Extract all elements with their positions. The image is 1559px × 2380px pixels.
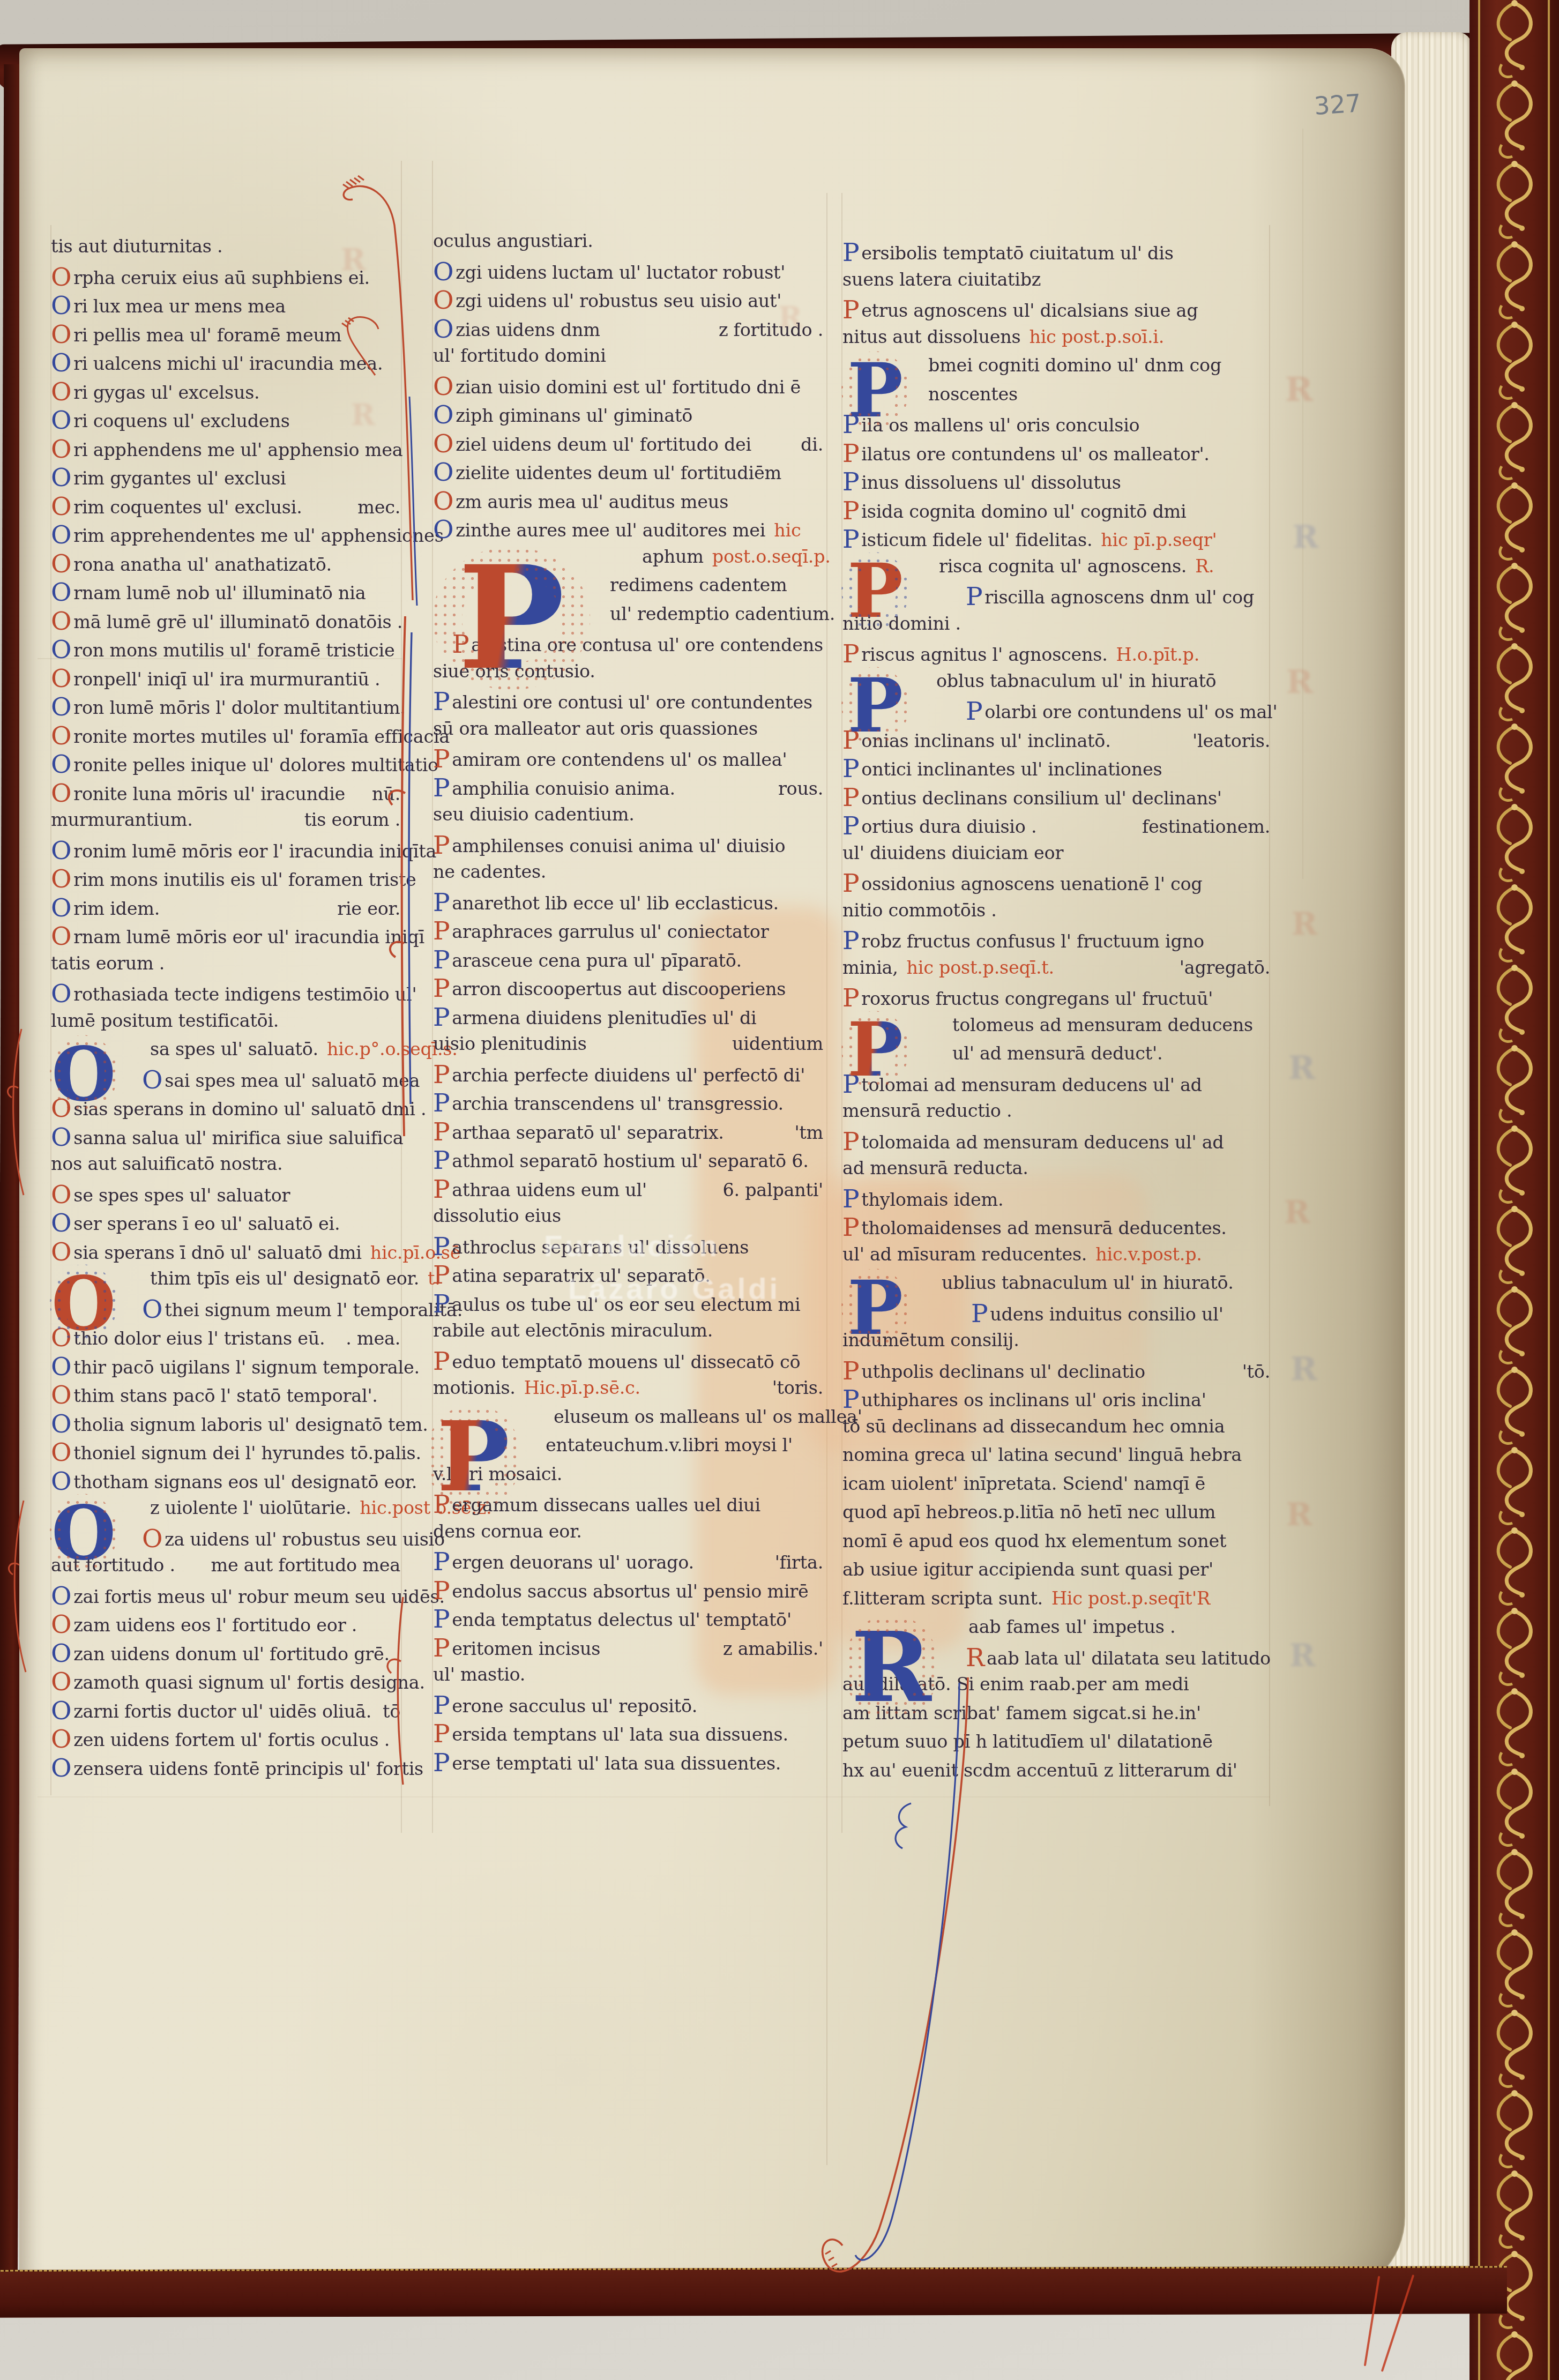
line-initial: P xyxy=(433,1723,450,1745)
text-line: Perse temptati ul' lata sua dissuentes. xyxy=(433,1750,823,1779)
line-text: amphilenses conuisi anima ul' diuisio xyxy=(452,835,785,856)
text-line: Ori gygas ul' excelsus. xyxy=(51,379,400,408)
line-text: nos aut saluificatō nostra. xyxy=(51,1153,282,1174)
text-line: nomina greca ul' latina secund' linguā h… xyxy=(842,1444,1270,1473)
line-text: hx au' euenit scdm accentuū z litterarum… xyxy=(842,1760,1237,1781)
line-end-fragment: uidentium xyxy=(732,1033,823,1054)
text-line: rabile aut electōnis miraculum. xyxy=(433,1320,823,1349)
text-line: Ozm auris mea ul' auditus meus xyxy=(433,489,823,518)
line-initial: O xyxy=(51,1643,71,1665)
line-initial: P xyxy=(433,1236,450,1258)
line-initial: O xyxy=(51,1413,71,1436)
line-initial: P xyxy=(842,1188,859,1211)
text-line: Pamiram ore contendens ul' os mallea' xyxy=(433,747,823,775)
line-text: ontius declinans consilium ul' declinans… xyxy=(861,788,1221,809)
text-line: Ptholomaidenses ad mensurā deducentes. xyxy=(842,1215,1270,1244)
decorated-initial-P: P xyxy=(835,344,915,436)
bleed-through-letter: R xyxy=(1293,519,1318,555)
text-line: Pendolus saccus absortus ul' pensio mirē xyxy=(433,1578,823,1607)
line-text: rim idem. xyxy=(73,898,160,919)
line-initial: O xyxy=(51,753,71,776)
line-text: eduo temptatō mouens ul' dissecatō cō xyxy=(452,1352,800,1372)
line-initial: O xyxy=(433,318,453,341)
line-initial: O xyxy=(51,668,71,690)
line-initial: P xyxy=(433,1293,450,1316)
line-text: za uidens ul' robustus seu uisio xyxy=(165,1529,445,1550)
line-text: noscentes xyxy=(928,384,1018,405)
text-line: Ornam lumē mōris eor ul' iracundia iniqī xyxy=(51,924,400,953)
bleed-through-letter: R xyxy=(1291,1351,1317,1388)
line-text: nomina greca ul' latina secund' linguā h… xyxy=(842,1444,1242,1465)
text-line: Othoniel signum dei l' hyrundes tō.palis… xyxy=(51,1440,400,1469)
text-line: risca cognita ul' agnoscens.R. xyxy=(842,556,1367,585)
line-initial: P xyxy=(842,242,859,264)
line-text: ziph giminans ul' giminatō xyxy=(456,405,692,426)
text-line: Ozai fortis meus ul' robur meum seu uidē… xyxy=(51,1584,400,1613)
line-initial: O xyxy=(142,1528,162,1550)
text-line: mensurā reductio . xyxy=(842,1100,1270,1129)
line-end-fragment: 'agregatō. xyxy=(1180,957,1270,978)
line-text: ron lumē mōris l' dolor multitantium. xyxy=(73,697,405,718)
text-line: Orothasiada tecte indigens testimōio ul' xyxy=(51,981,400,1010)
line-text: ilatus ore contundens ul' os malleator'. xyxy=(861,444,1209,465)
line-initial: P xyxy=(433,1695,450,1717)
line-initial: P xyxy=(842,930,859,952)
line-initial: R xyxy=(966,1647,984,1669)
text-line: Ozam uidens eos l' fortitudo eor . xyxy=(51,1612,400,1641)
text-line: nitio commotōis . xyxy=(842,900,1270,929)
line-text: rim apprehendentes me ul' apphensiones xyxy=(73,525,443,546)
line-end-fragment: nū. xyxy=(372,784,400,804)
line-text: ziel uidens deum ul' fortitudo dei xyxy=(456,434,751,455)
line-text: bmei cogniti domino ul' dnm cog xyxy=(928,355,1221,376)
line-end-fragment: rous. xyxy=(778,778,823,799)
text-line: Parchia perfecte diuidens ul' perfectō d… xyxy=(433,1062,823,1091)
line-text: sias sperans in domino ul' saluatō dmi . xyxy=(73,1099,426,1120)
rubric: hic post.p.soī.i. xyxy=(1029,326,1164,347)
rubric: hic pī.p.seqr' xyxy=(1101,529,1217,550)
line-text: thim stans pacō l' statō temporal'. xyxy=(73,1385,377,1406)
line-initial: O xyxy=(51,983,71,1005)
line-initial: O xyxy=(51,1384,71,1407)
text-line: Otholia signum laboris ul' designatō tem… xyxy=(51,1412,400,1441)
text-line: uisio plenitudinisuidentium xyxy=(433,1033,823,1062)
line-initial: P xyxy=(433,748,450,771)
line-text: rim mons inutilis eis ul' foramen triste xyxy=(73,869,416,890)
text-line: Oronpell' iniqī ul' ira murmurantiū . xyxy=(51,666,400,695)
book-cover-bottom-edge xyxy=(0,2266,1507,2317)
line-initial: P xyxy=(433,777,450,800)
text-line: Pamphilia conuisio anima.rous. xyxy=(433,775,823,804)
line-initial: O xyxy=(51,1356,71,1378)
text-line: minia,hic post.p.seqī.t.'agregatō. xyxy=(842,957,1270,986)
line-text: arthaa separatō ul' separatrix. xyxy=(452,1122,723,1143)
line-initial: O xyxy=(51,1585,71,1608)
text-column-middle: oculus angustiari.Ozgi uidens luctam ul'… xyxy=(433,230,823,1800)
line-text: zgi uidens luctam ul' luctator robust' xyxy=(456,262,785,283)
line-text: tō sū declinans ad dissecandum hec omnia xyxy=(842,1416,1225,1437)
line-text: zias uidens dnm xyxy=(456,319,600,340)
line-text: udens induitus consilio ul' xyxy=(990,1304,1223,1325)
text-line: ublius tabnaculum ul' in hiuratō. xyxy=(842,1272,1369,1301)
line-text: ul' fortitudo domini xyxy=(433,345,606,366)
line-initial: O xyxy=(51,1126,71,1149)
line-text: tholomaidenses ad mensurā deducentes. xyxy=(861,1218,1226,1239)
line-text: athraa uidens eum ul' xyxy=(452,1180,647,1200)
line-text: dens cornua eor. xyxy=(433,1521,582,1542)
text-line: Ozensera uidens fontē principis ul' fort… xyxy=(51,1756,400,1785)
line-text: sū ora malleator aut oris quassiones xyxy=(433,718,758,739)
text-line: Polarbi ore contundens ul' os mal' xyxy=(842,699,1393,728)
text-line: Panarethot lib ecce ul' lib ecclasticus. xyxy=(433,890,823,919)
text-line: Persida temptans ul' lata sua dissuens. xyxy=(433,1721,823,1750)
text-line: Oronim lumē mōris eor l' iracundia iniqī… xyxy=(51,838,400,867)
line-text: uthpolis declinans ul' declinatio xyxy=(861,1361,1145,1382)
text-line: ul' mastio. xyxy=(433,1664,823,1693)
text-line: tis aut diuturnitas . xyxy=(51,236,400,265)
line-initial: O xyxy=(51,352,71,375)
line-text: dissolutio eius xyxy=(433,1205,561,1226)
line-text: enda temptatus delectus ul' temptatō' xyxy=(452,1609,792,1630)
text-line: Orim coquentes ul' exclusi.mec. xyxy=(51,494,400,523)
line-text: ad mensurā reducta. xyxy=(842,1158,1028,1178)
line-initial: P xyxy=(433,1580,450,1602)
line-text: ri pellis mea ul' foramē meum xyxy=(73,325,341,346)
line-text: ri ualcens michi ul' iracundia mea. xyxy=(73,353,383,374)
line-text: erone sacculus ul' repositō. xyxy=(452,1696,697,1717)
line-initial: P xyxy=(842,872,859,895)
line-end-fragment: palis. xyxy=(374,1443,421,1464)
line-text: arasceue cena pura ul' pīparatō. xyxy=(452,950,742,971)
line-text: ul' diuidens diuiciam eor xyxy=(842,842,1063,863)
line-end-fragment: z amabilis.' xyxy=(723,1638,823,1659)
line-text: zgi uidens ul' robustus seu uisio aut' xyxy=(456,290,781,311)
line-initial: P xyxy=(433,1551,450,1573)
line-initial: O xyxy=(51,1184,71,1206)
line-initial: P xyxy=(842,787,859,809)
line-initial: O xyxy=(433,261,453,283)
text-line: Orim apprehendentes me ul' apphensiones xyxy=(51,523,400,551)
line-initial: P xyxy=(433,1064,450,1086)
text-line: Othim stans pacō l' statō temporal'. xyxy=(51,1383,400,1412)
line-text: mensurā reductio . xyxy=(842,1100,1012,1121)
text-line: Ori ualcens michi ul' iracundia mea. xyxy=(51,350,400,379)
line-text: ri apphendens me ul' apphensio mea xyxy=(73,439,402,460)
text-line: Pinus dissoluens ul' dissolutus xyxy=(842,469,1270,498)
line-text: inus dissoluens ul' dissolutus xyxy=(861,472,1121,493)
line-text: tis aut diuturnitas . xyxy=(51,236,222,257)
line-text: ublius tabnaculum ul' in hiuratō. xyxy=(942,1272,1234,1293)
line-text: oculus angustiari. xyxy=(433,230,593,251)
line-end-fragment: tō xyxy=(383,1701,400,1722)
line-text: endolus saccus absortus ul' pensio mirē xyxy=(452,1581,808,1602)
text-line: murmurantium.tis eorum . xyxy=(51,809,400,838)
line-initial: O xyxy=(51,1212,71,1235)
text-line: Parthaa separatō ul' separatrix.'tm xyxy=(433,1120,823,1148)
text-line: Pathmol separatō hostium ul' separatō 6. xyxy=(433,1148,823,1177)
text-line: Parmena diuidens plenitudīes ul' di xyxy=(433,1005,823,1034)
text-line: Oronite mortes mutiles ul' foramīa effic… xyxy=(51,723,400,752)
line-initial: P xyxy=(433,1351,450,1373)
line-end-fragment: me aut fortitudo mea xyxy=(211,1555,400,1576)
line-initial: O xyxy=(51,725,71,748)
text-line: Pontius declinans consilium ul' declinan… xyxy=(842,785,1270,814)
line-initial: O xyxy=(433,289,453,312)
line-text: zm auris mea ul' auditus meus xyxy=(456,491,728,512)
line-end-fragment: festinationem. xyxy=(1142,816,1270,837)
text-line: Ozias uidens dnmz fortitudo . xyxy=(433,317,823,346)
text-line: Ornam lumē nob ul' illuminatō nia xyxy=(51,580,400,609)
line-text: rim gygantes ul' exclusi xyxy=(73,468,286,489)
line-end-fragment: di. xyxy=(801,434,823,455)
line-initial: P xyxy=(966,586,982,608)
text-line: Pudens induitus consilio ul' xyxy=(842,1301,1399,1330)
text-line: Orim gygantes ul' exclusi xyxy=(51,465,400,494)
line-text: zai fortis meus ul' robur meum seu uidēs… xyxy=(73,1586,445,1607)
line-initial: P xyxy=(842,299,859,322)
line-text: seu diuisio cadentium. xyxy=(433,804,635,825)
line-text: murmurantium. xyxy=(51,809,193,830)
text-line: Orona anatha ul' anathatizatō. xyxy=(51,551,400,580)
line-text: ne cadentes. xyxy=(433,861,546,882)
text-line: Ozgi uidens luctam ul' luctator robust' xyxy=(433,259,823,288)
text-line: Penda temptatus delectus ul' temptatō' xyxy=(433,1607,823,1636)
line-end-fragment: 'tm xyxy=(794,1122,823,1143)
text-line: Pilatus ore contundens ul' os malleator'… xyxy=(842,441,1270,470)
text-line: Ozan uidens donum ul' fortitudo grē. xyxy=(51,1641,400,1670)
line-initial: O xyxy=(433,461,453,484)
line-initial: O xyxy=(51,1671,71,1693)
rubric: hic post.p.seqī.t. xyxy=(907,957,1054,978)
decorated-initial-O: O xyxy=(43,1257,124,1349)
rubric: hic xyxy=(774,520,801,541)
text-line: Oron lumē mōris l' dolor multitantium. xyxy=(51,695,400,723)
line-initial: O xyxy=(51,1614,71,1636)
line-text: rona anatha ul' anathatizatō. xyxy=(73,554,332,575)
line-text: sai spes mea ul' saluatō mea xyxy=(165,1070,420,1091)
line-initial: O xyxy=(51,381,71,404)
text-line: ul' diuidens diuiciam eor xyxy=(842,842,1270,871)
rubric: R. xyxy=(1195,556,1214,577)
line-text: zensera uidens fontē principis ul' forti… xyxy=(73,1758,423,1779)
line-text: rnam lumē nob ul' illuminatō nia xyxy=(73,583,365,603)
text-line: tolomeus ad mensuram deducens xyxy=(842,1014,1380,1043)
line-end-fragment: 'leatoris. xyxy=(1192,730,1270,751)
text-line: hx au' euenit scdm accentuū z litterarum… xyxy=(842,1760,1270,1789)
line-initial: P xyxy=(433,1178,450,1201)
text-column-left: tis aut diuturnitas .Orpha ceruix eius a… xyxy=(51,236,400,1805)
text-line: Perone sacculus ul' repositō. xyxy=(433,1693,823,1722)
line-initial: P xyxy=(433,1006,450,1029)
decorated-initial-O: O xyxy=(43,1028,124,1120)
decorated-initial-P: P xyxy=(835,1004,915,1096)
line-text: nitio commotōis . xyxy=(842,900,997,921)
bleed-through-letter: R xyxy=(1286,1496,1312,1533)
line-end-fragment: 'tō. xyxy=(1242,1361,1270,1382)
line-text: risca cognita ul' agnoscens. xyxy=(939,556,1187,577)
text-line: dens cornua eor. xyxy=(433,1521,823,1550)
line-text: petum suuo pī h latitudīem ul' dilatatio… xyxy=(842,1731,1213,1752)
text-line: Pthylomais idem. xyxy=(842,1187,1270,1215)
line-text: aab fames ul' impetus . xyxy=(968,1616,1175,1637)
text-line: Oronite luna mōris ul' iracundienū. xyxy=(51,781,400,810)
line-text: zamoth quasi signum ul' fortis designa. xyxy=(73,1672,425,1693)
line-text: zarni fortis ductor ul' uidēs oliuā. xyxy=(73,1701,371,1722)
line-text: uthiphares os inclinans ul' oris inclina… xyxy=(861,1390,1206,1411)
text-line: Puthiphares os inclinans ul' oris inclin… xyxy=(842,1387,1270,1416)
bleed-through-letter: R xyxy=(1284,1194,1310,1230)
line-text: thotham signans eos ul' designatō eor. xyxy=(73,1472,417,1493)
line-text: archia transcendens ul' transgressio. xyxy=(452,1093,784,1114)
line-initial: O xyxy=(51,1442,71,1464)
text-line: tō sū declinans ad dissecandum hec omnia xyxy=(842,1416,1270,1445)
bleed-through-letter: R xyxy=(1292,906,1317,942)
line-initial: P xyxy=(842,1217,859,1239)
line-initial: P xyxy=(433,892,450,914)
line-text: eritomen incisus xyxy=(452,1638,600,1659)
line-text: ab usiue igitur accipienda sunt quasi pe… xyxy=(842,1559,1213,1580)
line-initial: P xyxy=(842,471,859,494)
line-text: amphilia conuisio anima. xyxy=(452,778,675,799)
line-initial: O xyxy=(51,840,71,862)
text-line: icam uiolent' inīpretata. Sciend' namqī … xyxy=(842,1473,1270,1502)
text-line: Ori coquens ul' excludens xyxy=(51,408,400,437)
line-text: quod apī hebreos.p.litīa nō hetī nec ull… xyxy=(842,1502,1215,1523)
line-initial: O xyxy=(433,404,453,427)
text-line: ad mensurā reducta. xyxy=(842,1158,1270,1187)
text-line: Parchia transcendens ul' transgressio. xyxy=(433,1091,823,1120)
line-text: ronite luna mōris ul' iracundie xyxy=(73,784,345,804)
text-line: Portius dura diuisio .festinationem. xyxy=(842,814,1270,842)
decorated-initial-P: P xyxy=(835,1262,915,1354)
line-text: etrus agnoscens ul' dicalsians siue ag xyxy=(861,300,1198,321)
line-text: eluseum os malleans ul' os mallea' xyxy=(554,1406,862,1427)
line-text: thei signum meum l' temporalitā. xyxy=(165,1300,463,1320)
line-initial: P xyxy=(842,1131,859,1153)
line-text: archia perfecte diuidens ul' perfectō di… xyxy=(452,1065,805,1086)
text-line: noscentes xyxy=(842,384,1356,413)
text-line: Peduo temptatō mouens ul' dissecatō cō xyxy=(433,1349,823,1378)
text-line: nos aut saluificatō nostra. xyxy=(51,1153,400,1182)
text-line: Osanna salua ul' mirifica siue saluifica xyxy=(51,1125,400,1154)
line-initial: P xyxy=(433,1092,450,1115)
line-text: ron mons mutilis ul' foramē tristicie xyxy=(73,640,394,661)
line-text: ronite pelles inique ul' dolores multita… xyxy=(73,755,438,775)
line-text: zen uidens fortem ul' fortis oculus . xyxy=(73,1729,390,1750)
line-text: redimens cadentem xyxy=(610,575,787,595)
line-text: rothasiada tecte indigens testimōio ul' xyxy=(73,984,416,1005)
line-text: tholia signum laboris ul' designatō tem. xyxy=(73,1414,428,1435)
text-column-right: Persibolis temptatō ciuitatum ul' dissue… xyxy=(842,240,1270,1810)
line-text: ronim lumē mōris eor l' iracundia iniqīt… xyxy=(73,841,436,862)
line-initial: P xyxy=(433,1264,450,1287)
line-initial: P xyxy=(433,1150,450,1172)
collection-watermark-line1: Fundación xyxy=(544,1228,720,1263)
text-line: seu diuisio cadentium. xyxy=(433,804,823,833)
text-line: Oron mons mutilis ul' foramē tristicie xyxy=(51,637,400,666)
line-initial: O xyxy=(51,782,71,805)
line-text: thim tpīs eis ul' designatō eor. xyxy=(150,1268,419,1289)
line-text: entateuchum.v.libri moysi l' xyxy=(546,1435,793,1456)
line-end-fragment: 'toris. xyxy=(772,1377,823,1398)
line-initial: O xyxy=(51,581,71,604)
line-text: aphum xyxy=(642,546,704,567)
line-text: zan uidens donum ul' fortitudo grē. xyxy=(73,1644,390,1665)
line-initial: O xyxy=(51,524,71,547)
line-text: rabile aut electōnis miraculum. xyxy=(433,1320,713,1341)
text-line: Oziph giminans ul' giminatō xyxy=(433,402,823,431)
line-initial: O xyxy=(142,1299,162,1321)
decorated-initial-P: P xyxy=(835,660,915,752)
line-text: rim coquentes ul' exclusi. xyxy=(73,497,302,518)
rubric: Hic post.p.seqīt'R xyxy=(1051,1588,1210,1609)
text-line: ul' ad mensurā deduct'. xyxy=(842,1043,1380,1072)
line-text: nomī ē apud eos quod hx elementum sonet xyxy=(842,1531,1226,1551)
text-line: Ose spes spes ul' saluator xyxy=(51,1182,400,1211)
line-text: ersida temptans ul' lata sua dissuens. xyxy=(452,1724,788,1745)
line-text: icam uiolent' inīpretata. Sciend' namqī … xyxy=(842,1473,1205,1494)
line-initial: O xyxy=(51,496,71,518)
line-initial: O xyxy=(51,897,71,920)
line-text: aab lata ul' dilatata seu latitudo xyxy=(987,1648,1271,1669)
line-end-fragment: z fortitudo . xyxy=(719,319,823,340)
text-line: Probz fructus confusus l' fructuum igno xyxy=(842,928,1270,957)
text-line: Ozgi uidens ul' robustus seu uisio aut' xyxy=(433,288,823,317)
line-initial: O xyxy=(51,409,71,432)
line-text: ronite mortes mutiles ul' foramīa effica… xyxy=(73,726,450,747)
text-line: petum suuo pī h latitudīem ul' dilatatio… xyxy=(842,1731,1270,1760)
text-line: Ori lux mea ur mens mea xyxy=(51,293,400,322)
line-end-fragment: mec. xyxy=(357,497,400,518)
line-text: anarethot lib ecce ul' lib ecclasticus. xyxy=(452,893,779,914)
line-initial: P xyxy=(971,1303,988,1325)
text-line: Peritomen incisusz amabilis.' xyxy=(433,1636,823,1665)
line-text: olarbi ore contundens ul' os mal' xyxy=(984,702,1277,722)
line-initial: O xyxy=(433,490,453,513)
line-initial: O xyxy=(51,438,71,461)
text-line: Orim mons inutilis eis ul' foramen trist… xyxy=(51,867,400,896)
line-initial: O xyxy=(51,467,71,489)
line-end-fragment: 6. palpanti' xyxy=(722,1180,823,1200)
line-initial: O xyxy=(51,1757,71,1780)
line-text: ergen deuorans ul' uorago. xyxy=(452,1552,694,1573)
text-line: Puthpolis declinans ul' declinatio'tō. xyxy=(842,1359,1270,1387)
line-initial: O xyxy=(433,376,453,398)
text-line: Possidonius agnoscens uenationē l' cog xyxy=(842,871,1270,900)
text-line: Persibolis temptatō ciuitatum ul' dis xyxy=(842,240,1270,269)
text-line: Pathraa uidens eum ul'6. palpanti' xyxy=(433,1177,823,1206)
text-line: Omā lumē grē ul' illuminatō donatōis . xyxy=(51,609,400,638)
text-line: Pontici inclinantes ul' inclinationes xyxy=(842,756,1270,785)
manuscript-photo: 327 tis aut diuturnitas .Orpha ceruix ei… xyxy=(0,0,1559,2380)
line-text: ri lux mea ur mens mea xyxy=(73,296,286,317)
text-line: oblus tabnaculum ul' in hiuratō xyxy=(842,670,1364,699)
text-line: Paraphraces garrulus ul' coniectator xyxy=(433,919,823,947)
line-text: zielite uidentes deum ul' fortitudiēm xyxy=(456,462,781,483)
text-line: nomī ē apud eos quod hx elementum sonet xyxy=(842,1531,1270,1560)
line-text: ontici inclinantes ul' inclinationes xyxy=(861,759,1162,780)
line-text: ri gygas ul' excelsus. xyxy=(73,382,259,403)
rubric: post.o.seqī.p. xyxy=(712,546,831,567)
text-line: Ptolomaida ad mensuram deducens ul' ad xyxy=(842,1129,1270,1158)
line-initial: O xyxy=(51,926,71,948)
text-line: Parron discoopertus aut discooperiens xyxy=(433,976,823,1005)
line-initial: P xyxy=(433,834,450,857)
decorated-initial-P: P xyxy=(420,535,602,702)
text-line: oculus angustiari. xyxy=(433,230,823,259)
line-initial: P xyxy=(842,443,859,465)
text-line: Ozielite uidentes deum ul' fortitudiēm xyxy=(433,460,823,489)
